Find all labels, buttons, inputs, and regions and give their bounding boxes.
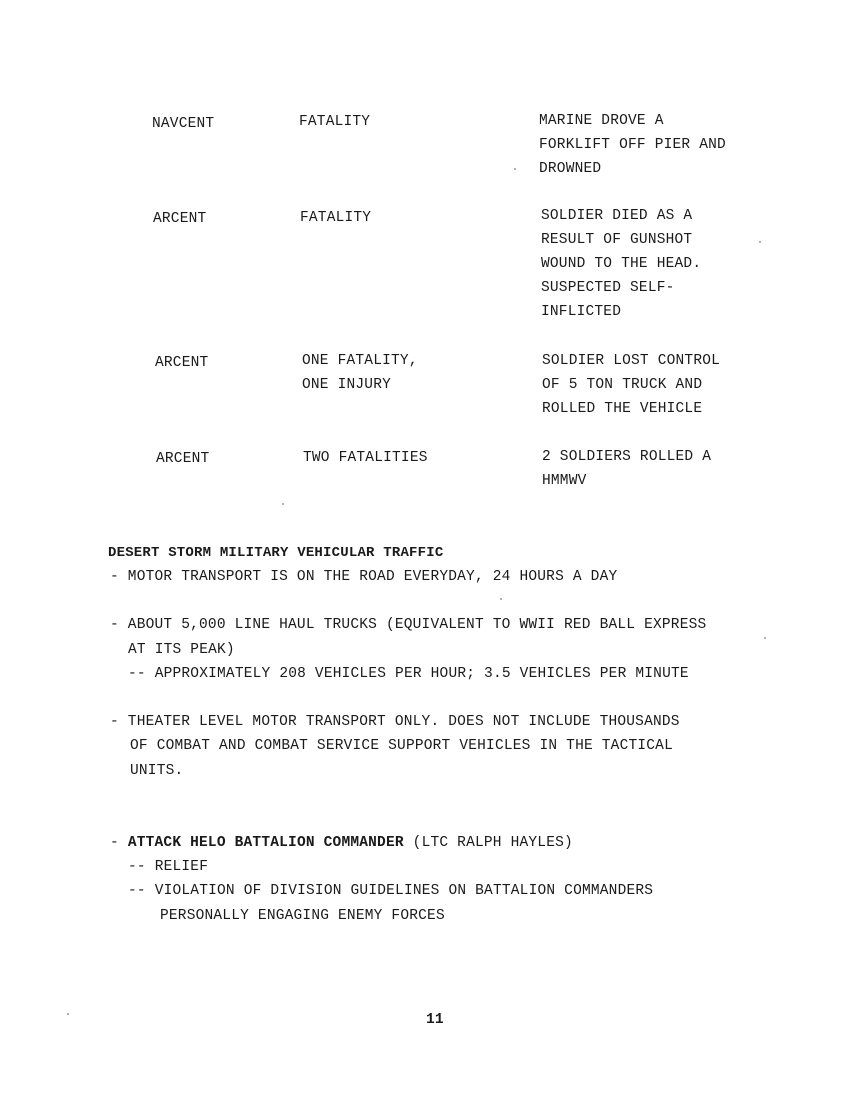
casualty-line: ONE INJURY <box>302 373 418 397</box>
description-line: MARINE DROVE A <box>539 109 726 133</box>
incident-casualty: FATALITY <box>299 114 370 130</box>
description-line: SUSPECTED SELF- <box>541 276 701 300</box>
bullet-text: - MOTOR TRANSPORT IS ON THE ROAD EVERYDA… <box>110 569 617 585</box>
description-line: ROLLED THE VEHICLE <box>542 397 720 421</box>
incident-casualty: ONE FATALITY, ONE INJURY <box>302 349 418 397</box>
bullet-text: AT ITS PEAK) <box>128 642 235 658</box>
bullet-text: - ABOUT 5,000 LINE HAUL TRUCKS (EQUIVALE… <box>110 617 706 633</box>
page-number: 11 <box>426 1012 444 1028</box>
incident-description: MARINE DROVE A FORKLIFT OFF PIER AND DRO… <box>539 109 726 181</box>
incident-casualty: FATALITY <box>300 210 371 226</box>
bullet-text: - THEATER LEVEL MOTOR TRANSPORT ONLY. DO… <box>110 714 680 730</box>
description-line: 2 SOLDIERS ROLLED A <box>542 445 711 469</box>
bullet-text: UNITS. <box>130 763 183 779</box>
sub-bullet-text: -- RELIEF <box>128 859 208 875</box>
description-line: WOUND TO THE HEAD. <box>541 252 701 276</box>
sub-bullet-text: -- APPROXIMATELY 208 VEHICLES PER HOUR; … <box>128 666 689 682</box>
scan-speck <box>759 241 761 243</box>
description-line: OF 5 TON TRUCK AND <box>542 373 720 397</box>
incident-component: NAVCENT <box>152 116 214 132</box>
description-line: FORKLIFT OFF PIER AND <box>539 133 726 157</box>
bullet-dash: - <box>110 835 119 851</box>
incident-description: 2 SOLDIERS ROLLED A HMMWV <box>542 445 711 493</box>
incident-description: SOLDIER DIED AS A RESULT OF GUNSHOT WOUN… <box>541 204 701 324</box>
scan-speck <box>764 637 766 639</box>
scan-speck <box>514 168 516 170</box>
section-heading: DESERT STORM MILITARY VEHICULAR TRAFFIC <box>108 545 443 561</box>
scan-speck <box>500 598 502 600</box>
bullet-text: OF COMBAT AND COMBAT SERVICE SUPPORT VEH… <box>130 738 673 754</box>
incident-component: ARCENT <box>153 211 206 227</box>
section-heading-bold: ATTACK HELO BATTALION COMMANDER <box>128 835 404 851</box>
description-line: RESULT OF GUNSHOT <box>541 228 701 252</box>
incident-component: ARCENT <box>155 355 208 371</box>
scan-speck <box>282 503 284 505</box>
section-heading-rest: (LTC RALPH HAYLES) <box>404 835 573 851</box>
description-line: INFLICTED <box>541 300 701 324</box>
description-line: SOLDIER DIED AS A <box>541 204 701 228</box>
description-line: SOLDIER LOST CONTROL <box>542 349 720 373</box>
section-heading-line: - ATTACK HELO BATTALION COMMANDER (LTC R… <box>110 835 573 851</box>
sub-bullet-text: PERSONALLY ENGAGING ENEMY FORCES <box>160 908 445 924</box>
scan-speck <box>67 1013 69 1015</box>
sub-bullet-text: -- VIOLATION OF DIVISION GUIDELINES ON B… <box>128 883 653 899</box>
description-line: DROWNED <box>539 157 726 181</box>
incident-component: ARCENT <box>156 451 209 467</box>
casualty-line: ONE FATALITY, <box>302 349 418 373</box>
incident-description: SOLDIER LOST CONTROL OF 5 TON TRUCK AND … <box>542 349 720 421</box>
description-line: HMMWV <box>542 469 711 493</box>
incident-casualty: TWO FATALITIES <box>303 450 428 466</box>
